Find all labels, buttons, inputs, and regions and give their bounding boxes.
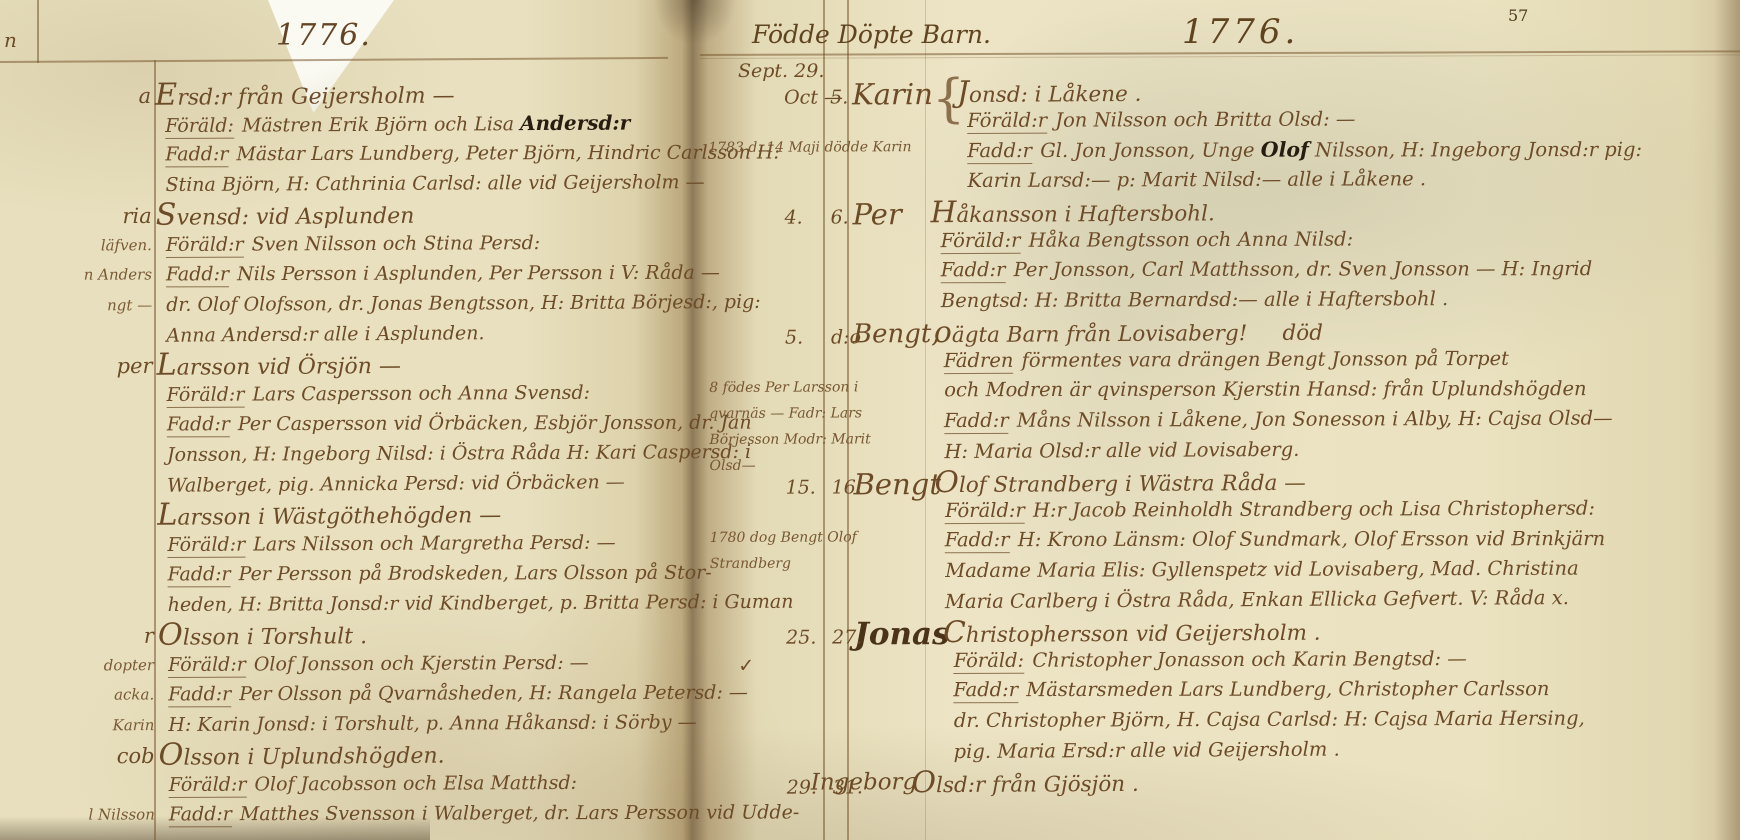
record-line: Fadd:r Mästarsmeden Lars Lundberg, Chris… xyxy=(954,674,1740,705)
baptism-record-entry: Oct — 5. 1783 d. 14 Maji dödde Karin Kar… xyxy=(700,73,1740,197)
line-text: Walberget, pig. Annicka Persd: vid Örbäc… xyxy=(167,471,625,497)
record-line: Fadd:r Per Jonsson, Carl Matthsson, dr. … xyxy=(941,254,1740,285)
line-label: Fadd:r xyxy=(169,803,232,827)
birth-date: 25. xyxy=(786,627,816,649)
opening-text: Larsson i Wästgöthehögden — xyxy=(157,503,501,531)
line-label: Föräld:r xyxy=(167,384,245,408)
line-text: Gl. Jon Jonsson, Unge xyxy=(1034,139,1261,162)
birth-record-entry: Olsson i Torshult . r Föräld:r Olof Jons… xyxy=(168,617,729,740)
line-label: Fadd:r xyxy=(945,528,1010,553)
record-line: Fadd:r Per Persson på Brodskeden, Lars O… xyxy=(168,558,728,590)
line-text-after: Nilsson, H: Ingeborg Jonsd:r pig: xyxy=(1309,138,1642,162)
line-label: Föräld:r xyxy=(168,654,246,678)
baptism-date: d:o xyxy=(831,326,861,348)
entry-text: Olsd:r från Gjösjön . xyxy=(921,763,1740,796)
entry-opening-line: Olsd:r från Gjösjön . xyxy=(921,762,1740,797)
line-text: Madame Maria Elis: Gyllenspetz vid Lovis… xyxy=(945,557,1578,582)
line-text: Per Persson på Brodskeden, Lars Olsson p… xyxy=(233,562,712,586)
margin-annotation: l Nilsson xyxy=(88,799,154,829)
margin-name-fragment: a xyxy=(148,81,151,111)
marginal-note-line: Strandberg xyxy=(710,550,915,577)
line-text: Sven Nilsson och Stina Persd: xyxy=(246,232,541,256)
line-label: Fadd:r xyxy=(165,143,228,167)
record-line: Fadd:r Mästar Lars Lundberg, Peter Björn… xyxy=(165,138,725,170)
opening-text: Olsd:r från Gjösjön . xyxy=(911,772,1138,798)
line-text: heden, H: Britta Jonsd:r vid Kindberget,… xyxy=(168,591,794,616)
line-text: Håka Bengtsson och Anna Nilsd: xyxy=(1022,227,1353,251)
child-name: Bengt, xyxy=(853,316,944,352)
entry-lines: Föräld: Mästren Erik Björn och Lisa Ande… xyxy=(165,107,725,200)
marginal-note: 8 födes Per Larsson iqvarnäs — Fadr: Lar… xyxy=(709,374,914,479)
birth-record-entry: Olsson i Uplundshögden. cob Föräld:r Olo… xyxy=(168,737,728,830)
record-line: Anna Andersd:r alle i Asplunden. xyxy=(166,316,726,350)
record-line: Karin Larsd:— p: Marit Nilsd:— alle i Lå… xyxy=(967,163,1740,196)
baptism-record-entry: 29. 31. Ingeborg Olsd:r från Gjösjön . xyxy=(703,763,1740,799)
entry-opening-line: oägta Barn från Lovisaberg! död xyxy=(943,312,1740,347)
baptism-date: 5. xyxy=(830,86,848,108)
line-text: dr. Christopher Björn, H. Cajsa Carlsd: … xyxy=(954,707,1585,732)
line-text: Lars Caspersson och Anna Svensd: xyxy=(246,382,590,406)
record-line: Fadd:r Nils Persson i Asplunden, Per Per… xyxy=(166,258,726,290)
line-text: Olof Jonsson och Kjerstin Persd: — xyxy=(248,652,589,676)
record-line: Föräld:r Lars Nilsson och Margretha Pers… xyxy=(167,527,727,560)
entry-lines: Fädren förmentes vara drängen Bengt Jons… xyxy=(944,343,1740,466)
entry-text: Håkansson i Haftersbohl. Föräld:r Håka B… xyxy=(940,193,1740,316)
entry-text: Christophersson vid Geijersholm . Föräld… xyxy=(953,613,1740,766)
entry-lines: Föräld: Christopher Jonasson och Karin B… xyxy=(954,643,1740,766)
record-line: Madame Maria Elis: Gyllenspetz vid Lovis… xyxy=(945,553,1740,586)
record-line: Föräld:r Sven Nilsson och Stina Persd:lä… xyxy=(166,227,726,260)
line-text: Jon Nilsson och Britta Olsd: — xyxy=(1049,107,1355,131)
opening-text: Larsson vid Örsjön — xyxy=(156,354,401,381)
right-page-year-heading: 1776. xyxy=(1182,12,1299,52)
line-label: Fadd:r xyxy=(941,258,1006,283)
birth-record-entry: Ersd:r från Geijersholm — a Föräld: Mäst… xyxy=(165,77,726,200)
entry-opening-line: Ersd:r från Geijersholm — a xyxy=(165,76,725,110)
line-text: Olof Jacobsson och Elsa Matthsd: xyxy=(248,772,577,796)
marginal-note xyxy=(711,824,916,825)
record-line: och Modren är qvinsperson Kjerstin Hansd… xyxy=(944,374,1740,405)
line-label: Fädren xyxy=(944,349,1014,374)
line-text: Matthes Svensson i Walberget, dr. Lars P… xyxy=(234,801,799,825)
entry-text: oägta Barn från Lovisaberg! död Fädren f… xyxy=(944,313,1740,466)
line-text: H: Maria Olsd:r alle vid Lovisaberg. xyxy=(944,438,1299,463)
date-columns: 15. 16. 1780 dog Bengt OlofStrandberg xyxy=(701,466,854,617)
marginal-note-line: 8 födes Per Larsson i xyxy=(709,374,914,401)
entry-lines: Föräld:r Olof Jacobsson och Elsa Matthsd… xyxy=(169,767,729,830)
marginal-note-line: 1780 dog Bengt Olof xyxy=(710,524,915,551)
opening-text: Olsson i Torshult . xyxy=(158,624,367,651)
record-line: Fadd:r Per Olsson på Qvarnåsheden, H: Ra… xyxy=(168,678,728,710)
entry-lines: Föräld:r Olof Jonsson och Kjerstin Persd… xyxy=(168,647,728,740)
line-text: Stina Björn, H: Cathrinia Carlsd: alle v… xyxy=(165,171,704,196)
line-text: pig. Maria Ersd:r alle vid Geijersholm . xyxy=(954,738,1340,763)
line-label: Fadd:r xyxy=(954,678,1019,703)
line-text: Per Jonsson, Carl Matthsson, dr. Sven Jo… xyxy=(1007,257,1592,281)
record-line: heden, H: Britta Jonsd:r vid Kindberget,… xyxy=(168,587,728,620)
record-line: Jonsson, H: Ingeborg Nilsd: i Östra Råda… xyxy=(167,437,727,470)
line-text: H:r Jacob Reinholdh Strandberg och Lisa … xyxy=(1027,497,1595,522)
line-text: Per Caspersson vid Örbäcken, Esbjör Jons… xyxy=(232,412,752,436)
line-text: H: Karin Jonsd: i Torshult, p. Anna Håka… xyxy=(168,711,696,736)
birth-date: 29. xyxy=(787,777,817,799)
record-line: Walberget, pig. Annicka Persd: vid Örbäc… xyxy=(167,466,727,500)
entry-text: Jonsd: i Låkene . Föräld:r Jon Nilsson o… xyxy=(967,73,1740,196)
birth-date: 5. xyxy=(785,327,803,349)
line-label: Föräld: xyxy=(165,115,234,139)
right-page-entries: Oct — 5. 1783 d. 14 Maji dödde Karin Kar… xyxy=(700,73,1740,799)
line-text: dr. Olof Olofsson, dr. Jonas Bengtsson, … xyxy=(166,291,761,316)
opening-text: Håkansson i Haftersbohl. xyxy=(930,201,1214,228)
entry-opening-line: Olsson i Torshult . r xyxy=(168,616,728,650)
entry-opening-line: Larsson i Wästgöthehögden — xyxy=(167,496,727,530)
birth-record-entry: Svensd: vid Asplunden ria Föräld:r Sven … xyxy=(166,197,727,350)
birth-record-entry: Larsson vid Örsjön — per Föräld:r Lars C… xyxy=(166,347,727,500)
opening-text: Olsson i Uplundshögden. xyxy=(158,744,444,771)
baptism-record-entry: 15. 16. 1780 dog Bengt OlofStrandberg Be… xyxy=(701,463,1740,617)
line-text: förmentes vara drängen Bengt Jonsson på … xyxy=(1015,347,1509,372)
entry-opening-line: Christophersson vid Geijersholm . xyxy=(953,612,1740,647)
record-line: Fadd:r Gl. Jon Jonsson, Unge Olof Nilsso… xyxy=(967,134,1740,165)
line-text: Maria Carlberg i Östra Råda, Enkan Ellic… xyxy=(945,586,1569,613)
margin-annotation: Karin xyxy=(113,710,155,740)
margin-annotation: läfven. xyxy=(101,230,152,260)
record-line: Föräld:r H:r Jacob Reinholdh Strandberg … xyxy=(945,493,1740,526)
entry-lines: Föräld:r Sven Nilsson och Stina Persd:lä… xyxy=(166,227,727,350)
record-line: H: Karin Jonsd: i Torshult, p. Anna Håka… xyxy=(168,707,728,740)
entry-opening-line: Jonsd: i Låkene . xyxy=(967,72,1740,107)
line-label: Föräld:r xyxy=(945,499,1025,524)
record-line: Föräld: Mästren Erik Björn och Lisa Ande… xyxy=(165,107,725,140)
margin-name-fragment: per xyxy=(126,351,152,381)
entry-lines: Föräld:r Jon Nilsson och Britta Olsd: — … xyxy=(967,103,1740,196)
line-text: Mästarsmeden Lars Lundberg, Christopher … xyxy=(1020,677,1549,701)
birth-record-entry: Larsson i Wästgöthehögden — Föräld:r Lar… xyxy=(167,497,728,620)
record-line: Fadd:r H: Krono Länsm: Olof Sundmark, Ol… xyxy=(945,524,1740,555)
date-columns: 25. 27. ✓ xyxy=(702,616,855,767)
date-columns: 4. 6. xyxy=(700,196,852,317)
entry-opening-line: Svensd: vid Asplunden ria xyxy=(166,196,726,230)
marginal-note-line: 1783 d. 14 Maji dödde Karin xyxy=(708,134,913,161)
check-mark: ✓ xyxy=(738,655,754,677)
line-text-bold: Olof xyxy=(1261,138,1309,162)
opening-text: Svensd: vid Asplunden xyxy=(156,204,415,231)
entry-opening-line: Olsson i Uplundshögden. cob xyxy=(168,736,728,770)
line-label: Föräld:r xyxy=(166,234,244,258)
page-number: 57 xyxy=(1508,6,1528,25)
record-line: dr. Christopher Björn, H. Cajsa Carlsd: … xyxy=(954,703,1740,736)
margin-annotation: n Anders xyxy=(84,259,152,289)
line-text: Mästren Erik Björn och Lisa xyxy=(236,113,520,136)
baptism-record-entry: 5. d:o 8 födes Per Larsson iqvarnäs — Fa… xyxy=(701,313,1740,467)
margin-annotation: ngt — xyxy=(107,290,152,320)
record-line: Fädren förmentes vara drängen Bengt Jons… xyxy=(944,343,1740,376)
line-text: Mästar Lars Lundberg, Peter Björn, Hindr… xyxy=(230,141,780,165)
marginal-note xyxy=(709,254,914,255)
line-label: Föräld:r xyxy=(169,774,247,798)
record-line: Fadd:r Måns Nilsson i Låkene, Jon Soness… xyxy=(944,403,1740,436)
line-text: Karin Larsd:— p: Marit Nilsd:— alle i Lå… xyxy=(967,167,1426,192)
line-label: Fadd:r xyxy=(944,409,1009,434)
record-line: Fadd:r Per Caspersson vid Örbäcken, Esbj… xyxy=(167,408,727,440)
record-line: Stina Björn, H: Cathrinia Carlsd: alle v… xyxy=(165,167,725,200)
record-line: Föräld: Christopher Jonasson och Karin B… xyxy=(954,643,1740,676)
record-line: Föräld:r Lars Caspersson och Anna Svensd… xyxy=(167,377,727,410)
marginal-note-line: Börjesson Modr: Marit xyxy=(709,426,914,453)
baptism-record-entry: 4. 6. Per Håkansson i Haftersbohl. xyxy=(700,193,1740,317)
line-label: Fadd:r xyxy=(167,413,230,437)
birth-date: 4. xyxy=(784,207,802,229)
line-label: Fadd:r xyxy=(166,263,229,287)
record-line: dr. Olof Olofsson, dr. Jonas Bengtsson, … xyxy=(166,287,726,320)
baptism-date: 16. xyxy=(832,476,862,498)
baptism-date: 27. xyxy=(832,626,862,648)
right-page-title: Födde Döpte Barn. xyxy=(752,20,991,49)
entry-opening-line: Larsson vid Örsjön — per xyxy=(166,346,726,380)
margin-name-fragment: ria xyxy=(132,201,152,231)
child-name: Karin xyxy=(852,76,940,112)
line-label: Föräld:r xyxy=(967,109,1047,134)
marginal-note: 1783 d. 14 Maji dödde Karin xyxy=(708,134,913,161)
line-text: Anna Andersd:r alle i Asplunden. xyxy=(166,322,484,346)
marginal-note: 1780 dog Bengt OlofStrandberg xyxy=(710,524,915,577)
record-line: Föräld:r Olof Jonsson och Kjerstin Persd… xyxy=(168,647,728,680)
line-label: Föräld: xyxy=(954,649,1025,674)
margin-annotation: dopter xyxy=(104,650,154,680)
record-line: Föräld:r Jon Nilsson och Britta Olsd: — xyxy=(967,103,1740,136)
date-columns: 29. 31. xyxy=(703,766,855,799)
record-line: Bengtsd: H: Britta Bernardsd:— alle i Ha… xyxy=(941,283,1740,316)
parish-register-scan: n 1776. Födde Döpte Barn. 1776. 57 Sept.… xyxy=(0,0,1740,840)
record-line: Fadd:r Matthes Svensson i Walberget, dr.… xyxy=(169,798,729,830)
line-text: Lars Nilsson och Margretha Persd: — xyxy=(247,532,616,556)
line-text: Bengtsd: H: Britta Bernardsd:— alle i Ha… xyxy=(941,287,1448,312)
margin-annotation: acka. xyxy=(114,679,154,709)
entry-text: Olof Strandberg i Wästra Råda — Föräld:r… xyxy=(945,463,1740,616)
opening-text: Ersd:r från Geijersholm — xyxy=(155,83,455,110)
left-page-top-column-rule xyxy=(37,0,39,63)
left-page-year-heading: 1776. xyxy=(276,18,372,53)
entry-lines: Föräld:r Lars Caspersson och Anna Svensd… xyxy=(167,377,728,500)
entry-opening-line: Olof Strandberg i Wästra Råda — xyxy=(945,462,1740,497)
marginal-note-line: qvarnäs — Fadr: Lars xyxy=(709,400,914,427)
birth-date: 15. xyxy=(786,477,816,499)
entry-lines: Föräld:r Lars Nilsson och Margretha Pers… xyxy=(167,527,727,620)
line-text-bold: Andersd:r xyxy=(520,111,630,136)
baptism-record-entry: 25. 27. ✓ Jonas Christophersson vid Geij… xyxy=(702,613,1740,767)
line-text: Måns Nilsson i Låkene, Jon Sonesson i Al… xyxy=(1011,406,1613,431)
baptism-date: 6. xyxy=(830,206,848,228)
line-label: Föräld:r xyxy=(941,229,1021,254)
line-text: och Modren är qvinsperson Kjerstin Hansd… xyxy=(944,377,1586,401)
line-text: H: Krono Länsm: Olof Sundmark, Olof Erss… xyxy=(1012,527,1606,551)
record-line: Föräld:r Håka Bengtsson och Anna Nilsd: xyxy=(941,223,1740,256)
date-columns: 5. d:o 8 födes Per Larsson iqvarnäs — Fa… xyxy=(701,316,854,467)
line-label: Föräld:r xyxy=(167,534,245,558)
line-label: Fadd:r xyxy=(168,563,231,587)
baptism-date: 31. xyxy=(833,776,863,798)
left-edge-fragment: n xyxy=(4,28,17,52)
child-name: Bengt xyxy=(853,466,945,502)
line-text: Jonsson, H: Ingeborg Nilsd: i Östra Råda… xyxy=(167,441,751,466)
entry-lines: Föräld:r H:r Jacob Reinholdh Strandberg … xyxy=(945,493,1740,616)
margin-name-fragment: cob xyxy=(127,741,155,771)
date-columns: Oct — 5. 1783 d. 14 Maji dödde Karin xyxy=(700,76,852,197)
child-name: Jonas xyxy=(854,616,954,652)
left-page-entries: Ersd:r från Geijersholm — a Föräld: Mäst… xyxy=(165,77,729,830)
line-label: Fadd:r xyxy=(168,683,231,707)
child-name: Per xyxy=(852,196,940,232)
line-text: Nils Persson i Asplunden, Per Persson i … xyxy=(231,262,720,286)
entry-opening-line: Håkansson i Haftersbohl. xyxy=(940,192,1740,227)
record-line: Föräld:r Olof Jacobsson och Elsa Matthsd… xyxy=(169,767,729,800)
line-text: Per Olsson på Qvarnåsheden, H: Rangela P… xyxy=(233,682,748,706)
binding-gutter-shadow xyxy=(640,0,750,60)
line-label: Fadd:r xyxy=(967,139,1032,164)
line-text: Christopher Jonasson och Karin Bengtsd: … xyxy=(1026,647,1467,672)
opening-text: Jonsd: i Låkene . xyxy=(957,82,1142,108)
entry-lines: Föräld:r Håka Bengtsson och Anna Nilsd: … xyxy=(941,223,1740,316)
